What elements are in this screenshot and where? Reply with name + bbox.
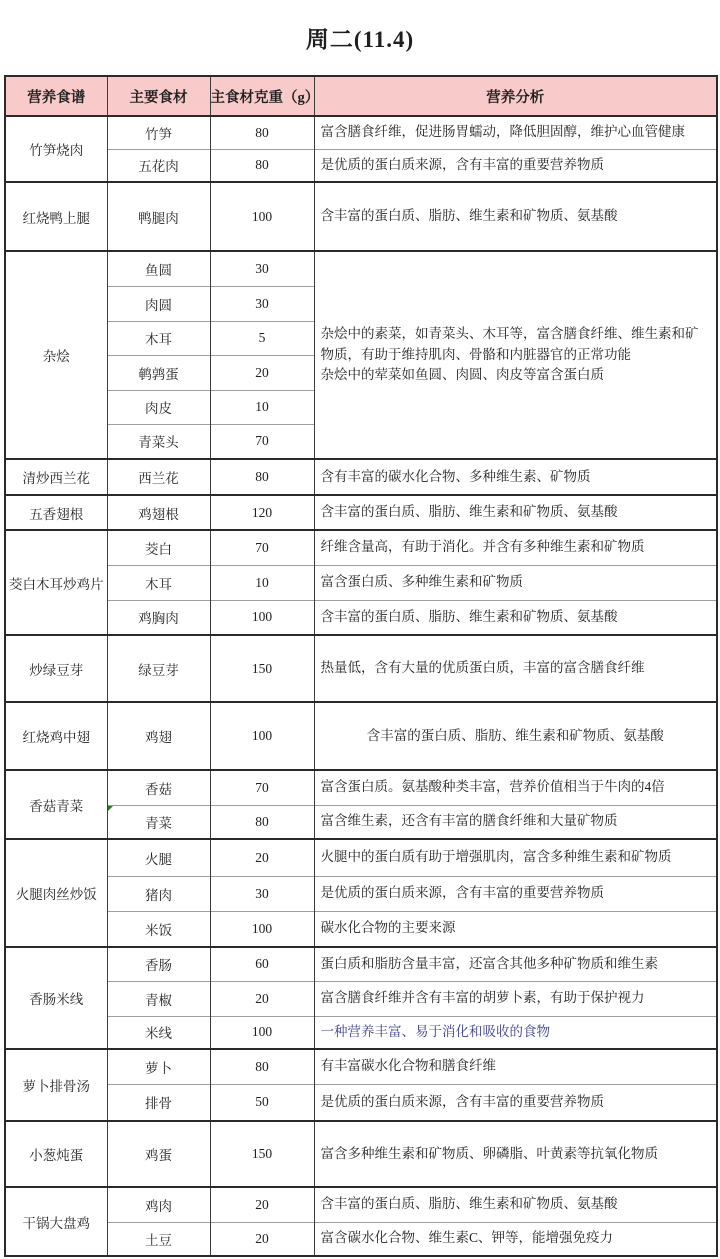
analysis-cell: 一种营养丰富、易于消化和吸收的食物 [314,1016,717,1049]
table-row: 炒绿豆芽 绿豆芽 150 热量低，含有大量的优质蛋白质，丰富的富含膳食纤维 [5,635,717,702]
analysis-cell: 富含膳食纤维，促进肠胃蠕动，降低胆固醇，维护心血管健康 [314,116,717,149]
ingredient-cell: 萝卜 [107,1049,210,1084]
ingredient-cell: 鱼圆 [107,251,210,286]
ingredient-cell: 青菜 [107,805,210,839]
weight-cell: 100 [210,702,314,770]
ingredient-cell: 五花肉 [107,149,210,182]
ingredient-cell: 土豆 [107,1222,210,1256]
analysis-cell: 富含碳水化合物、维生素C、钾等，能增强免疫力 [314,1222,717,1256]
weight-cell: 80 [210,805,314,839]
recipe-cell: 竹笋烧肉 [5,116,107,182]
recipe-cell: 干锅大盘鸡 [5,1187,107,1256]
ingredient-cell: 香肠 [107,947,210,981]
ingredient-cell: 茭白 [107,530,210,565]
weight-cell: 30 [210,286,314,321]
weight-cell: 80 [210,149,314,182]
analysis-cell: 含丰富的蛋白质、脂肪、维生素和矿物质、氨基酸 [314,495,717,530]
table-row: 猪肉 30 是优质的蛋白质来源，含有丰富的重要营养物质 [5,876,717,911]
column-header-ingredient: 主要食材 [107,76,210,116]
analysis-cell: 含丰富的蛋白质、脂肪、维生素和矿物质、氨基酸 [314,702,717,770]
table-row: 杂烩 鱼圆 30 杂烩中的素菜，如青菜头、木耳等，富含膳食纤维、维生素和矿物质，… [5,251,717,286]
analysis-cell: 是优质的蛋白质来源，含有丰富的重要营养物质 [314,1084,717,1121]
weight-cell: 20 [210,355,314,390]
table-row: 五花肉 80 是优质的蛋白质来源，含有丰富的重要营养物质 [5,149,717,182]
analysis-cell: 蛋白质和脂肪含量丰富，还富含其他多种矿物质和维生素 [314,947,717,981]
table-row: 五香翅根 鸡翅根 120 含丰富的蛋白质、脂肪、维生素和矿物质、氨基酸 [5,495,717,530]
weight-cell: 5 [210,321,314,355]
column-header-recipe: 营养食谱 [5,76,107,116]
analysis-cell: 含丰富的蛋白质、脂肪、维生素和矿物质、氨基酸 [314,1187,717,1222]
weight-cell: 20 [210,1222,314,1256]
weight-cell: 20 [210,839,314,876]
table-row: 土豆 20 富含碳水化合物、维生素C、钾等，能增强免疫力 [5,1222,717,1256]
analysis-cell: 是优质的蛋白质来源，含有丰富的重要营养物质 [314,149,717,182]
ingredient-cell: 米线 [107,1016,210,1049]
table-row: 青菜 80 富含维生素，还含有丰富的膳食纤维和大量矿物质 [5,805,717,839]
weight-cell: 100 [210,1016,314,1049]
weight-cell: 80 [210,1049,314,1084]
weight-cell: 120 [210,495,314,530]
ingredient-cell: 青菜头 [107,424,210,459]
recipe-cell: 香肠米线 [5,947,107,1049]
table-row: 火腿肉丝炒饭 火腿 20 火腿中的蛋白质有助于增强肌肉，富含多种维生素和矿物质 [5,839,717,876]
weight-cell: 30 [210,251,314,286]
table-row: 清炒西兰花 西兰花 80 含有丰富的碳水化合物、多种维生素、矿物质 [5,459,717,495]
ingredient-cell: 青椒 [107,981,210,1016]
ingredient-cell: 竹笋 [107,116,210,149]
ingredient-cell: 猪肉 [107,876,210,911]
weight-cell: 150 [210,635,314,702]
column-header-analysis: 营养分析 [314,76,717,116]
ingredient-cell: 木耳 [107,565,210,600]
cell-comment-marker [108,806,113,811]
table-row: 米饭 100 碳水化合物的主要来源 [5,911,717,947]
recipe-cell: 茭白木耳炒鸡片 [5,530,107,635]
table-row: 香肠米线 香肠 60 蛋白质和脂肪含量丰富，还富含其他多种矿物质和维生素 [5,947,717,981]
weight-cell: 60 [210,947,314,981]
ingredient-cell: 鸡蛋 [107,1121,210,1187]
table-row: 木耳 10 富含蛋白质、多种维生素和矿物质 [5,565,717,600]
weight-cell: 20 [210,1187,314,1222]
ingredient-cell: 肉皮 [107,390,210,424]
weight-cell: 70 [210,770,314,805]
weight-cell: 100 [210,600,314,635]
ingredient-cell: 肉圆 [107,286,210,321]
table-row: 红烧鸡中翅 鸡翅 100 含丰富的蛋白质、脂肪、维生素和矿物质、氨基酸 [5,702,717,770]
ingredient-cell: 米饭 [107,911,210,947]
ingredient-cell: 木耳 [107,321,210,355]
nutrition-table: 营养食谱 主要食材 主食材克重（g） 营养分析 竹笋烧肉 竹笋 80 富含膳食纤… [4,75,718,1257]
table-row: 小葱炖蛋 鸡蛋 150 富含多种维生素和矿物质、卵磷脂、叶黄素等抗氧化物质 [5,1121,717,1187]
table-row: 排骨 50 是优质的蛋白质来源，含有丰富的重要营养物质 [5,1084,717,1121]
analysis-cell: 含有丰富的碳水化合物、多种维生素、矿物质 [314,459,717,495]
ingredient-cell: 鸡肉 [107,1187,210,1222]
weight-cell: 80 [210,459,314,495]
analysis-cell: 火腿中的蛋白质有助于增强肌肉，富含多种维生素和矿物质 [314,839,717,876]
analysis-cell: 富含维生素，还含有丰富的膳食纤维和大量矿物质 [314,805,717,839]
analysis-cell: 含丰富的蛋白质、脂肪、维生素和矿物质、氨基酸 [314,600,717,635]
table-row: 米线 100 一种营养丰富、易于消化和吸收的食物 [5,1016,717,1049]
table-row: 萝卜排骨汤 萝卜 80 有丰富碳水化合物和膳食纤维 [5,1049,717,1084]
table-row: 鸡胸肉 100 含丰富的蛋白质、脂肪、维生素和矿物质、氨基酸 [5,600,717,635]
ingredient-cell: 排骨 [107,1084,210,1121]
analysis-cell: 含丰富的蛋白质、脂肪、维生素和矿物质、氨基酸 [314,182,717,251]
analysis-cell: 热量低，含有大量的优质蛋白质，丰富的富含膳食纤维 [314,635,717,702]
analysis-cell: 富含多种维生素和矿物质、卵磷脂、叶黄素等抗氧化物质 [314,1121,717,1187]
weight-cell: 100 [210,182,314,251]
column-header-weight: 主食材克重（g） [210,76,314,116]
table-row: 竹笋烧肉 竹笋 80 富含膳食纤维，促进肠胃蠕动，降低胆固醇，维护心血管健康 [5,116,717,149]
ingredient-cell: 鸡翅 [107,702,210,770]
ingredient-cell: 鸡翅根 [107,495,210,530]
ingredient-cell: 鹌鹑蛋 [107,355,210,390]
analysis-cell: 富含膳食纤维并含有丰富的胡萝卜素，有助于保护视力 [314,981,717,1016]
weight-cell: 80 [210,116,314,149]
recipe-cell: 杂烩 [5,251,107,459]
analysis-cell: 是优质的蛋白质来源，含有丰富的重要营养物质 [314,876,717,911]
analysis-cell: 富含蛋白质。氨基酸种类丰富，营养价值相当于牛肉的4倍 [314,770,717,805]
weight-cell: 150 [210,1121,314,1187]
recipe-cell: 清炒西兰花 [5,459,107,495]
ingredient-cell: 绿豆芽 [107,635,210,702]
table-row: 茭白木耳炒鸡片 茭白 70 纤维含量高，有助于消化。并含有多种维生素和矿物质 [5,530,717,565]
header-row: 营养食谱 主要食材 主食材克重（g） 营养分析 [5,76,717,116]
ingredient-cell: 香菇 [107,770,210,805]
analysis-cell: 碳水化合物的主要来源 [314,911,717,947]
weight-cell: 70 [210,530,314,565]
table-row: 青椒 20 富含膳食纤维并含有丰富的胡萝卜素，有助于保护视力 [5,981,717,1016]
recipe-cell: 红烧鸡中翅 [5,702,107,770]
recipe-cell: 炒绿豆芽 [5,635,107,702]
weight-cell: 30 [210,876,314,911]
analysis-cell: 富含蛋白质、多种维生素和矿物质 [314,565,717,600]
recipe-cell: 小葱炖蛋 [5,1121,107,1187]
recipe-cell: 五香翅根 [5,495,107,530]
recipe-cell: 萝卜排骨汤 [5,1049,107,1121]
table-row: 红烧鸭上腿 鸭腿肉 100 含丰富的蛋白质、脂肪、维生素和矿物质、氨基酸 [5,182,717,251]
weight-cell: 70 [210,424,314,459]
weight-cell: 10 [210,390,314,424]
weight-cell: 100 [210,911,314,947]
ingredient-cell: 西兰花 [107,459,210,495]
page: 周二(11.4) 营养食谱 主要食材 主食材克重（g） 营养分析 竹笋烧肉 竹笋… [0,0,720,1259]
ingredient-cell: 火腿 [107,839,210,876]
analysis-cell: 有丰富碳水化合物和膳食纤维 [314,1049,717,1084]
recipe-cell: 红烧鸭上腿 [5,182,107,251]
table-row: 香菇青菜 香菇 70 富含蛋白质。氨基酸种类丰富，营养价值相当于牛肉的4倍 [5,770,717,805]
ingredient-cell: 鸡胸肉 [107,600,210,635]
ingredient-label: 青菜 [145,816,172,831]
recipe-cell: 火腿肉丝炒饭 [5,839,107,947]
weight-cell: 50 [210,1084,314,1121]
recipe-cell: 香菇青菜 [5,770,107,839]
ingredient-cell: 鸭腿肉 [107,182,210,251]
analysis-cell: 杂烩中的素菜，如青菜头、木耳等，富含膳食纤维、维生素和矿物质，有助于维持肌肉、骨… [314,251,717,459]
weight-cell: 20 [210,981,314,1016]
weight-cell: 10 [210,565,314,600]
page-title: 周二(11.4) [0,0,720,75]
analysis-cell: 纤维含量高，有助于消化。并含有多种维生素和矿物质 [314,530,717,565]
table-row: 干锅大盘鸡 鸡肉 20 含丰富的蛋白质、脂肪、维生素和矿物质、氨基酸 [5,1187,717,1222]
